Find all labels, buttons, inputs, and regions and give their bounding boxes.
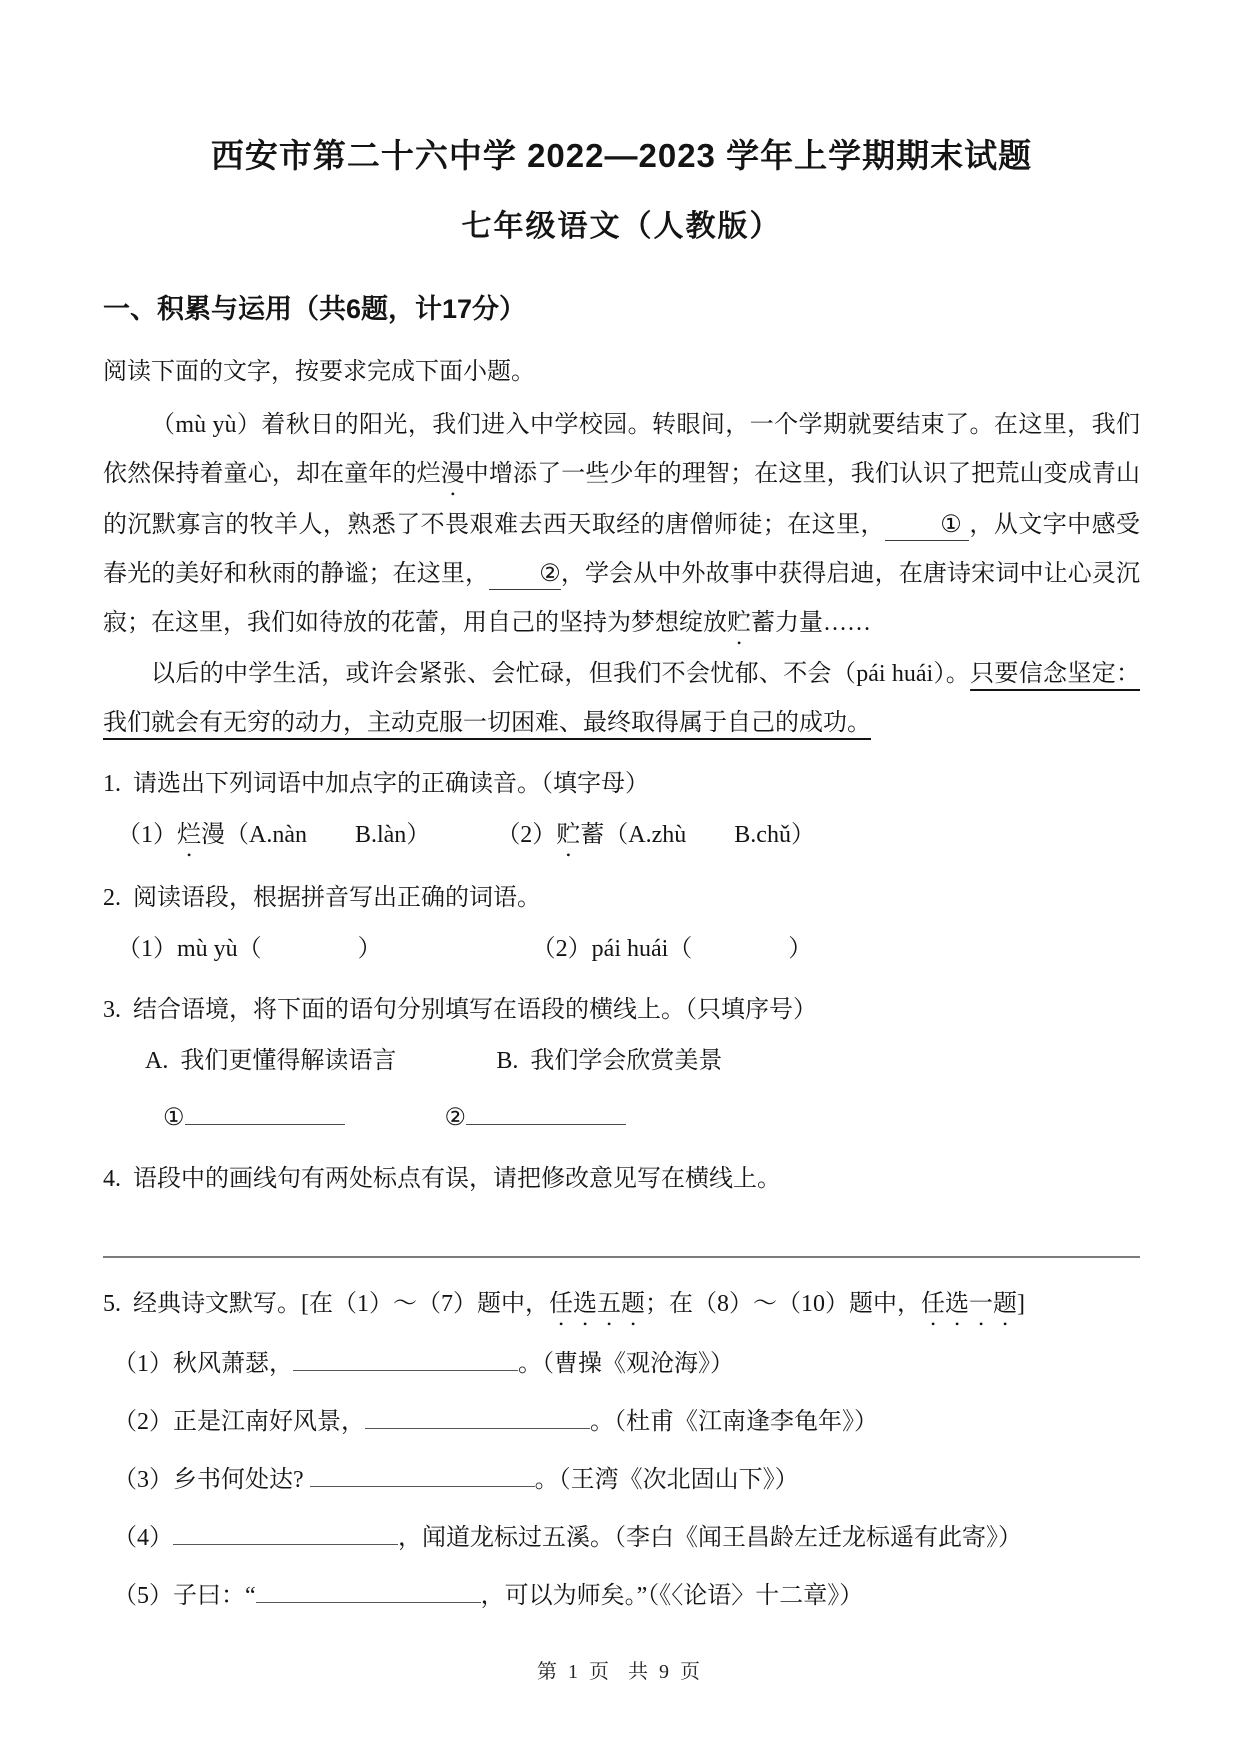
option-text: 漫（A.nàn B.làn） bbox=[201, 822, 430, 848]
item-post-text: ，闻道龙标过五溪。（李白《闻王昌龄左迁龙标遥有此寄》） bbox=[398, 1525, 1022, 1551]
answer-blank-line bbox=[173, 1518, 398, 1545]
answer-blank-group-2: ② bbox=[445, 1094, 627, 1143]
question-2-option-1: （1）mù yù（ ） bbox=[117, 925, 382, 974]
section-divider-line bbox=[103, 1256, 1140, 1258]
option-label: （2） bbox=[496, 822, 556, 848]
question-2: 2. 阅读语段，根据拼音写出正确的词语。 bbox=[103, 874, 1140, 923]
item-pre-text: （4） bbox=[113, 1525, 173, 1551]
question-4: 4. 语段中的画线句有两处标点有误，请把修改意见写在横线上。 bbox=[103, 1155, 1140, 1204]
passage-text-segment: 蓄力量…… bbox=[751, 610, 871, 636]
dotted-character: 漫 bbox=[441, 461, 465, 487]
question-3-option-b: B. 我们学会欣赏美景 bbox=[496, 1037, 722, 1086]
page-number-footer: 第 1 页 共 9 页 bbox=[0, 1655, 1240, 1684]
question-1-options: （1）烂漫（A.nàn B.làn） （2）贮蓄（A.zhù B.chǔ） bbox=[103, 811, 1140, 862]
question-2-options: （1）mù yù（ ） （2）pái huái（ ） bbox=[103, 925, 1140, 974]
circled-number-2: ② bbox=[445, 1105, 467, 1131]
answer-blank-group-1: ① bbox=[163, 1094, 345, 1143]
passage-blank-1: ① bbox=[885, 512, 969, 541]
question-5-item-4: （4），闻道龙标过五溪。（李白《闻王昌龄左迁龙标遥有此寄》） bbox=[103, 1514, 1140, 1563]
passage-paragraph-2: 以后的中学生活，或许会紧张、会忙碌，但我们不会忧郁、不会（pái huái）。只… bbox=[103, 650, 1140, 748]
reading-passage: （mù yù）着秋日的阳光，我们进入中学校园。转眼间，一个学期就要结束了。在这里… bbox=[103, 401, 1140, 748]
page-subtitle: 七年级语文（人教版） bbox=[103, 201, 1140, 245]
question-5: 5. 经典诗文默写。[在（1）～（7）题中，任选五题；在（8）～（10）题中，任… bbox=[103, 1280, 1140, 1331]
question-5-item-3: （3）乡书何处达? 。（王湾《次北固山下》） bbox=[103, 1456, 1140, 1505]
answer-blank-line bbox=[310, 1460, 535, 1487]
answer-blank-line bbox=[293, 1344, 518, 1371]
item-post-text: 。（王湾《次北固山下》） bbox=[535, 1467, 799, 1493]
question-1: 1. 请选出下列词语中加点字的正确读音。（填字母） bbox=[103, 760, 1140, 809]
question-5-item-5: （5）子曰：“，可以为师矣。”（《〈论语〉十二章》） bbox=[103, 1572, 1140, 1621]
circled-number-1: ① bbox=[163, 1105, 185, 1131]
emphasized-phrase: 任选一题 bbox=[921, 1291, 1017, 1317]
question-5-text-segment: 5. 经典诗文默写。[在（1）～（7）题中， bbox=[103, 1291, 549, 1317]
item-pre-text: （5）子曰：“ bbox=[113, 1583, 256, 1609]
dotted-character: 贮 bbox=[556, 822, 580, 848]
dotted-character: 贮 bbox=[727, 610, 751, 636]
item-pre-text: （3）乡书何处达? bbox=[113, 1467, 310, 1493]
answer-blank-line bbox=[466, 1098, 626, 1125]
question-1-option-1: （1）烂漫（A.nàn B.làn） bbox=[117, 811, 430, 862]
item-post-text: 。（曹操《观沧海》） bbox=[518, 1351, 734, 1377]
item-pre-text: （2）正是江南好风景， bbox=[113, 1409, 365, 1435]
question-5-item-1: （1）秋风萧瑟，。（曹操《观沧海》） bbox=[103, 1340, 1140, 1389]
dotted-character: 烂 bbox=[177, 822, 201, 848]
question-1-option-2: （2）贮蓄（A.zhù B.chǔ） bbox=[496, 811, 815, 862]
item-post-text: 。（杜甫《江南逢李龟年》） bbox=[590, 1409, 878, 1435]
passage-paragraph-1: （mù yù）着秋日的阳光，我们进入中学校园。转眼间，一个学期就要结束了。在这里… bbox=[103, 401, 1140, 650]
page-title: 西安市第二十六中学 2022—2023 学年上学期期末试题 bbox=[103, 130, 1140, 177]
item-pre-text: （1）秋风萧瑟， bbox=[113, 1351, 293, 1377]
question-5-item-2: （2）正是江南好风景，。（杜甫《江南逢李龟年》） bbox=[103, 1398, 1140, 1447]
question-3: 3. 结合语境，将下面的语句分别填写在语段的横线上。（只填序号） bbox=[103, 986, 1140, 1035]
question-3-option-a: A. 我们更懂得解读语言 bbox=[145, 1037, 396, 1086]
question-5-text-segment: ] bbox=[1017, 1291, 1025, 1317]
question-3-answer-blanks: ① ② bbox=[103, 1094, 1140, 1143]
exam-page: 西安市第二十六中学 2022—2023 学年上学期期末试题 七年级语文（人教版）… bbox=[0, 0, 1240, 1621]
option-text: 蓄（A.zhù B.chǔ） bbox=[580, 822, 815, 848]
question-4-answer-space bbox=[103, 1204, 1140, 1256]
emphasized-phrase: 任选五题 bbox=[549, 1291, 645, 1317]
question-2-option-2: （2）pái huái（ ） bbox=[532, 925, 813, 974]
answer-blank-line bbox=[365, 1402, 590, 1429]
answer-blank-line bbox=[256, 1576, 481, 1603]
answer-blank-line bbox=[185, 1098, 345, 1125]
option-label: （1） bbox=[117, 822, 177, 848]
passage-blank-2: ② bbox=[489, 561, 561, 590]
passage-intro: 阅读下面的文字，按要求完成下面小题。 bbox=[103, 348, 1140, 397]
passage-text-segment: 以后的中学生活，或许会紧张、会忙碌，但我们不会忧郁、不会（pái huái）。 bbox=[151, 661, 970, 687]
item-post-text: ，可以为师矣。”（《〈论语〉十二章》） bbox=[481, 1583, 864, 1609]
question-5-text-segment: ；在（8）～（10）题中， bbox=[645, 1291, 921, 1317]
question-3-options: A. 我们更懂得解读语言 B. 我们学会欣赏美景 bbox=[103, 1037, 1140, 1086]
section-heading: 一、积累与运用（共6题，计17分） bbox=[103, 287, 1140, 326]
